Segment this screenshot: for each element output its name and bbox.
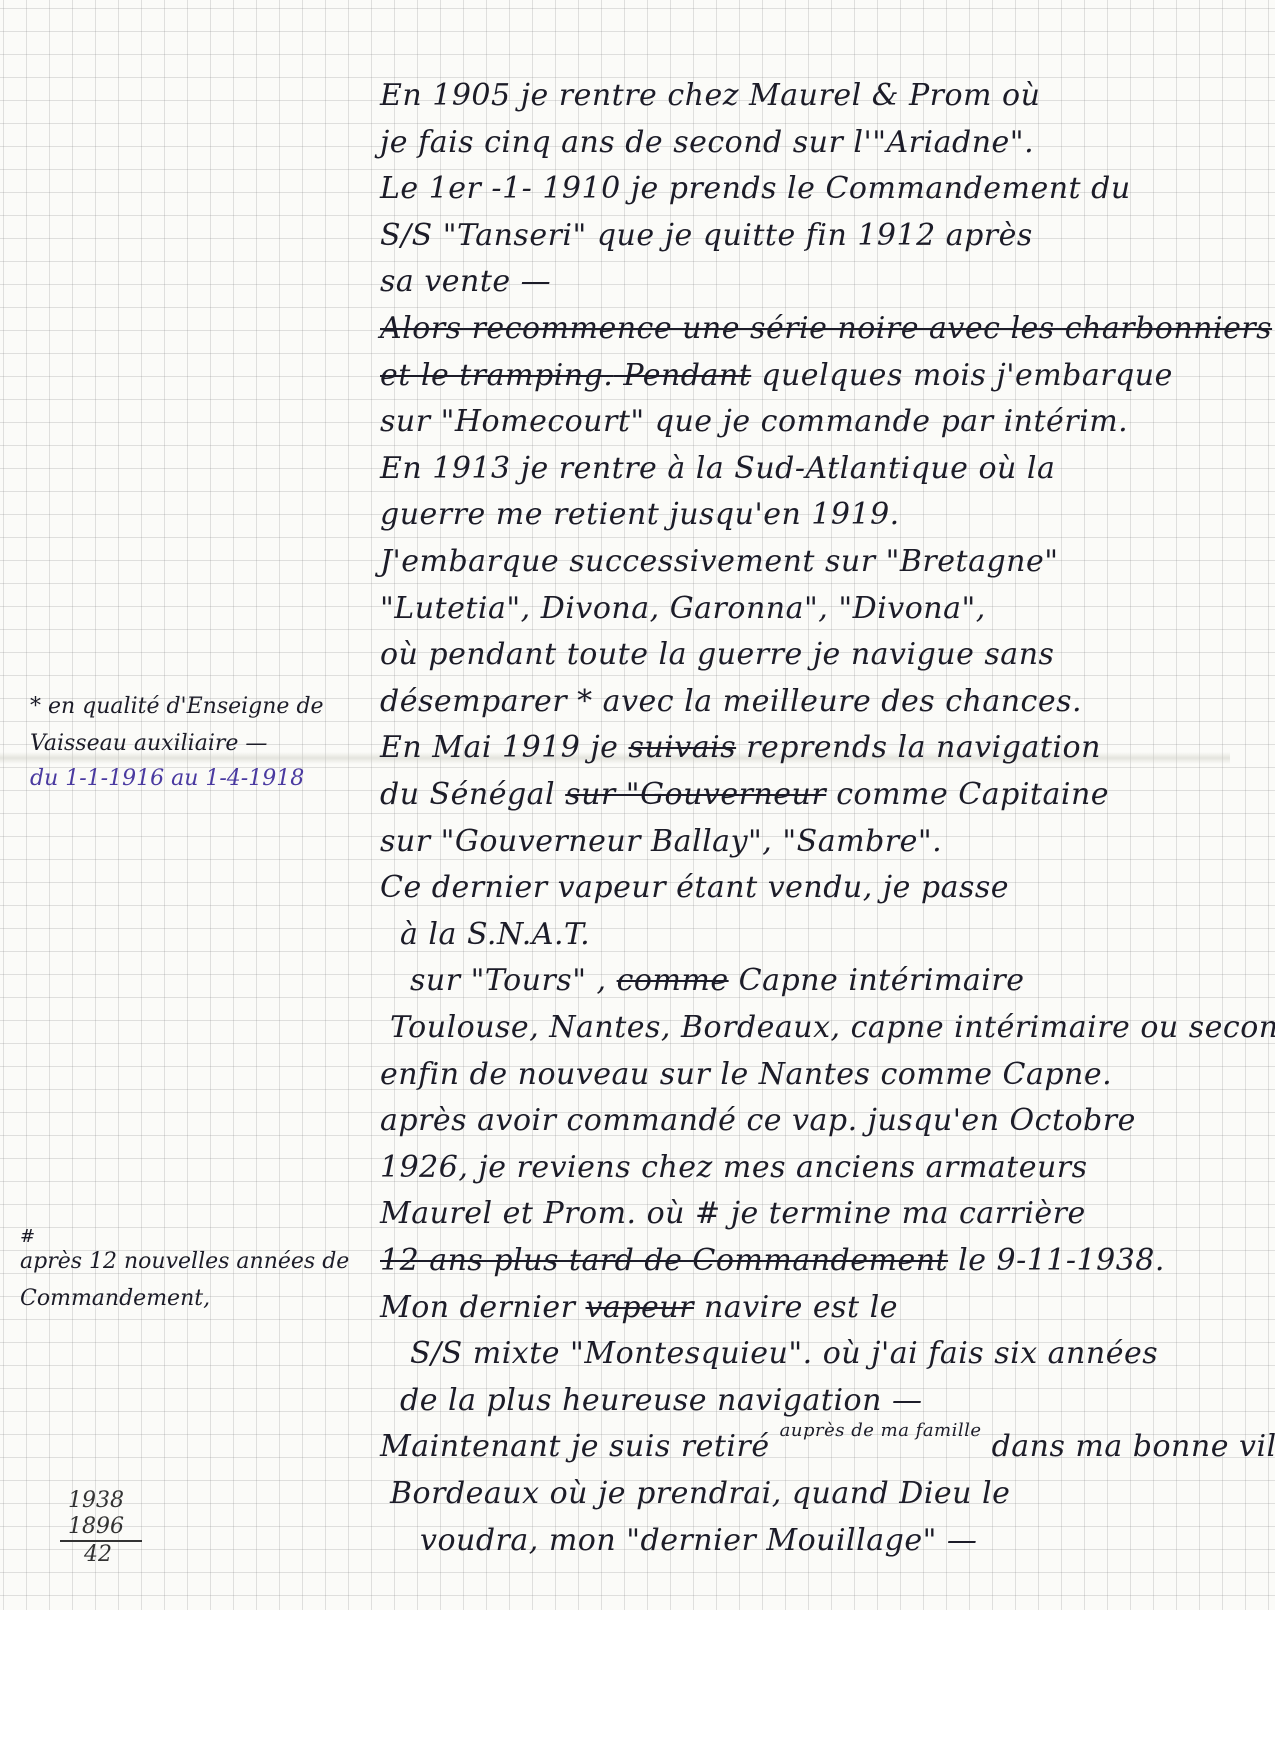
line-text: * [567,684,593,719]
letter-line: sa vente — [380,264,551,299]
letter-line: voudra, mon "dernier Mouillage" — [420,1523,977,1558]
line-text: Ce dernier vapeur étant vendu, je passe [380,870,1009,905]
line-text: du Sénégal [380,777,565,812]
letter-line: En 1905 je rentre chez Maurel & Prom où [380,78,1040,113]
line-text: S/S mixte "Montesquieu". où j'ai fais si… [410,1336,1158,1371]
letter-line: guerre me retient jusqu'en 1919. [380,497,900,532]
letter-line: J'embarque successivement sur "Bretagne" [380,544,1059,579]
letter-line: je fais cinq ans de second sur l'"Ariadn… [380,125,1034,160]
letter-line: de la plus heureuse navigation — [400,1383,922,1418]
struck-text: sur "Gouverneur [565,777,826,812]
hash-mark: # [20,1226,349,1247]
line-text: le 9-11-1938. [948,1243,1165,1278]
margin-note-twelve-years: # après 12 nouvelles années de Commandem… [20,1226,349,1311]
letter-line: Ce dernier vapeur étant vendu, je passe [380,870,1009,905]
line-text: après avoir commandé ce vap. jusqu'en Oc… [380,1103,1136,1138]
letter-line: S/S mixte "Montesquieu". où j'ai fais si… [410,1336,1158,1371]
line-text: 1926, je reviens chez mes anciens armate… [380,1150,1088,1185]
letter-line: S/S "Tanseri" que je quitte fin 1912 apr… [380,218,1033,253]
letter-line: Alors recommence une série noire avec le… [380,311,1272,346]
line-text: à la S.N.A.T. [400,917,590,952]
line-text: avec la meilleure des chances. [593,684,1082,719]
letter-line: En 1913 je rentre à la Sud-Atlantique où… [380,451,1055,486]
letter-line: sur "Homecourt" que je commande par inté… [380,404,1128,439]
line-text: sur "Tours" , [410,963,617,998]
letter-line: et le tramping. Pendant quelques mois j'… [380,358,1173,393]
struck-text: vapeur [585,1290,693,1325]
struck-text: Pendant [613,358,751,393]
letter-line: sur "Tours" , comme Capne intérimaire [410,963,1025,998]
letter-line: Le 1er -1- 1910 je prends le Commandemen… [380,171,1131,206]
line-text: Capne intérimaire [729,963,1025,998]
line-text: En 1905 je rentre chez Maurel & Prom où [380,78,1040,113]
letter-line: après avoir commandé ce vap. jusqu'en Oc… [380,1103,1136,1138]
letter-line: du Sénégal sur "Gouverneur comme Capitai… [380,777,1109,812]
letter-line: Toulouse, Nantes, Bordeaux, capne intéri… [390,1010,1275,1045]
struck-text: suivais [628,730,736,765]
line-text: où pendant toute la guerre je navigue sa… [380,637,1054,672]
line-text: sur "Homecourt" que je commande par inté… [380,404,1128,439]
calc-result: 42 [60,1540,142,1568]
margin-note-line: Vaisseau auxiliaire — [30,731,324,756]
struck-text: 12 ans plus tard de Commandement [380,1243,948,1278]
line-text: reprends la navigation [736,730,1101,765]
letter-line: sur "Gouverneur Ballay", "Sambre". [380,824,942,859]
line-text: navire est le [694,1290,898,1325]
letter-line: "Lutetia", Divona, Garonna", "Divona", [380,591,986,626]
line-text: de la plus heureuse navigation — [400,1383,922,1418]
line-text: En Mai 1919 je [380,730,628,765]
line-text: Maintenant je suis retiré [380,1429,780,1464]
letter-line: Maintenant je suis retiré auprès de ma f… [380,1429,1275,1464]
line-text: S/S "Tanseri" que je quitte fin 1912 apr… [380,218,1033,253]
line-text: J'embarque successivement sur "Bretagne" [380,544,1059,579]
inserted-text: auprès de ma famille [780,1420,982,1441]
letter-line: Mon dernier vapeur navire est le [380,1290,898,1325]
letter-line: où pendant toute la guerre je navigue sa… [380,637,1054,672]
line-text: Mon dernier [380,1290,585,1325]
line-text: désemparer [380,684,567,719]
letter-line: Bordeaux où je prendrai, quand Dieu le [390,1476,1010,1511]
margin-note-line: après 12 nouvelles années de [20,1249,349,1274]
margin-note-wartime-rank: * en qualité d'Enseigne de Vaisseau auxi… [30,694,324,791]
line-text: guerre me retient jusqu'en 1919. [380,497,900,532]
line-text: Maurel et Prom. où # je termine ma carri… [380,1196,1086,1231]
year-subtraction: 1938 1896 42 [60,1488,142,1568]
struck-text: comme [617,963,729,998]
struck-text: Alors recommence une série noire avec le… [380,311,1272,346]
letter-line: Maurel et Prom. où # je termine ma carri… [380,1196,1086,1231]
line-text: Toulouse, Nantes, Bordeaux, capne intéri… [390,1010,1275,1045]
letter-line: 1926, je reviens chez mes anciens armate… [380,1150,1088,1185]
line-text: "Lutetia", Divona, Garonna", "Divona", [380,591,986,626]
line-text: En 1913 je rentre à la Sud-Atlantique où… [380,451,1055,486]
line-text: je fais cinq ans de second sur l'"Ariadn… [380,125,1034,160]
line-text: quelques mois j'embarque [751,358,1173,393]
line-text: comme Capitaine [826,777,1109,812]
margin-note-dates: du 1-1-1916 au 1-4-1918 [30,766,324,791]
line-text: Bordeaux où je prendrai, quand Dieu le [390,1476,1010,1511]
struck-text: et le tramping. [380,358,613,393]
margin-note-line: Commandement, [20,1286,349,1311]
letter-line: En Mai 1919 je suivais reprends la navig… [380,730,1101,765]
letter-line: désemparer * avec la meilleure des chanc… [380,684,1082,719]
line-text: sur "Gouverneur Ballay", "Sambre". [380,824,942,859]
line-text: dans ma bonne ville de [982,1429,1275,1464]
letter-line: 12 ans plus tard de Commandement le 9-11… [380,1243,1165,1278]
margin-note-line: * en qualité d'Enseigne de [30,694,324,719]
calc-minuend: 1938 [60,1488,142,1514]
line-text: sa vente — [380,264,551,299]
page-bottom-blank [0,1610,1275,1753]
letter-line: enfin de nouveau sur le Nantes comme Cap… [380,1057,1112,1092]
line-text: voudra, mon "dernier Mouillage" — [420,1523,977,1558]
letter-line: à la S.N.A.T. [400,917,590,952]
line-text: enfin de nouveau sur le Nantes comme Cap… [380,1057,1112,1092]
calc-subtrahend: 1896 [60,1514,142,1540]
line-text: Le 1er -1- 1910 je prends le Commandemen… [380,171,1131,206]
